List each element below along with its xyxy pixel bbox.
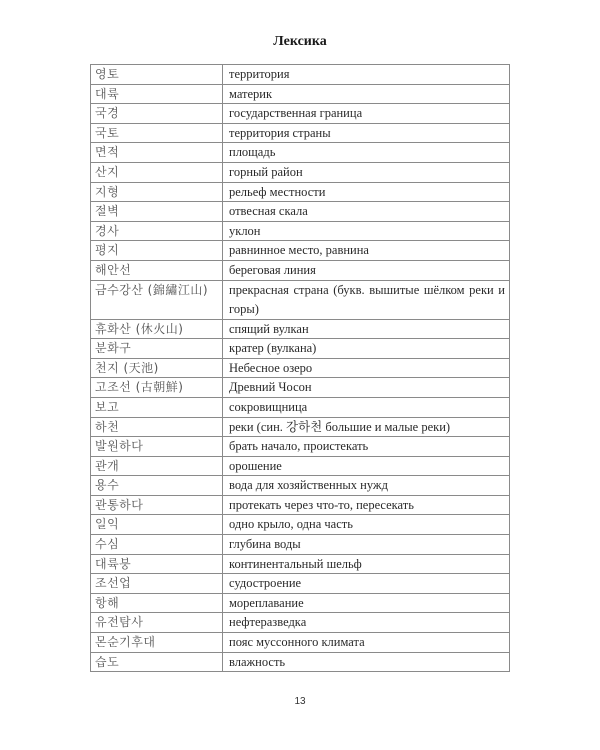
russian-translation: спящий вулкан bbox=[223, 319, 510, 339]
korean-term: 습도 bbox=[91, 652, 223, 672]
russian-translation: материк bbox=[223, 84, 510, 104]
korean-term: 대륙 bbox=[91, 84, 223, 104]
vocabulary-table: 영토территория 대륙материк 국경государственная… bbox=[90, 64, 510, 672]
table-row: 일익одно крыло, одна часть bbox=[91, 515, 510, 535]
russian-translation: Небесное озеро bbox=[223, 358, 510, 378]
korean-term: 면적 bbox=[91, 143, 223, 163]
russian-translation: отвесная скала bbox=[223, 202, 510, 222]
korean-term: 국경 bbox=[91, 104, 223, 124]
russian-translation: сокровищница bbox=[223, 397, 510, 417]
korean-term: 평지 bbox=[91, 241, 223, 261]
korean-term: 천지 (天池) bbox=[91, 358, 223, 378]
korean-term: 항해 bbox=[91, 593, 223, 613]
russian-translation: территория страны bbox=[223, 123, 510, 143]
russian-translation: глубина воды bbox=[223, 535, 510, 555]
table-row: 대륙материк bbox=[91, 84, 510, 104]
russian-translation: Древний Чосон bbox=[223, 378, 510, 398]
russian-translation: влажность bbox=[223, 652, 510, 672]
table-row: 해안선береговая линия bbox=[91, 260, 510, 280]
korean-term: 휴화산 (休火山) bbox=[91, 319, 223, 339]
table-row: 면적площадь bbox=[91, 143, 510, 163]
table-row: 보고сокровищница bbox=[91, 397, 510, 417]
russian-translation: континентальный шельф bbox=[223, 554, 510, 574]
table-row: 하천реки (син. 강하천 большие и малые реки) bbox=[91, 417, 510, 437]
table-row: 천지 (天池)Небесное озеро bbox=[91, 358, 510, 378]
korean-term: 지형 bbox=[91, 182, 223, 202]
table-row: 용수вода для хозяйственных нужд bbox=[91, 476, 510, 496]
table-row: 대륙붕континентальный шельф bbox=[91, 554, 510, 574]
russian-translation: брать начало, проистекать bbox=[223, 437, 510, 457]
russian-translation: прекрасная страна (букв. вышитые шёлком … bbox=[223, 280, 510, 319]
table-row: 유전탐사нефтеразведка bbox=[91, 613, 510, 633]
korean-term: 분화구 bbox=[91, 339, 223, 359]
table-row: 절벽отвесная скала bbox=[91, 202, 510, 222]
korean-term: 일익 bbox=[91, 515, 223, 535]
russian-translation: реки (син. 강하천 большие и малые реки) bbox=[223, 417, 510, 437]
russian-translation: береговая линия bbox=[223, 260, 510, 280]
table-row: 발원하다брать начало, проистекать bbox=[91, 437, 510, 457]
table-row: 평지равнинное место, равнина bbox=[91, 241, 510, 261]
korean-term: 산지 bbox=[91, 162, 223, 182]
korean-term: 보고 bbox=[91, 397, 223, 417]
korean-term: 대륙붕 bbox=[91, 554, 223, 574]
page-number: 13 bbox=[0, 696, 600, 707]
korean-term: 발원하다 bbox=[91, 437, 223, 457]
russian-translation: вода для хозяйственных нужд bbox=[223, 476, 510, 496]
russian-translation: рельеф местности bbox=[223, 182, 510, 202]
russian-translation: судостроение bbox=[223, 574, 510, 594]
table-row: 국토территория страны bbox=[91, 123, 510, 143]
korean-term: 영토 bbox=[91, 65, 223, 85]
table-row: 몬순기후대пояс муссонного климата bbox=[91, 633, 510, 653]
table-row: 습도влажность bbox=[91, 652, 510, 672]
table-row: 항해мореплавание bbox=[91, 593, 510, 613]
table-row: 경사уклон bbox=[91, 221, 510, 241]
korean-term: 용수 bbox=[91, 476, 223, 496]
korean-term: 경사 bbox=[91, 221, 223, 241]
russian-translation: орошение bbox=[223, 456, 510, 476]
russian-translation: уклон bbox=[223, 221, 510, 241]
korean-term: 고조선 (古朝鮮) bbox=[91, 378, 223, 398]
korean-term: 유전탐사 bbox=[91, 613, 223, 633]
russian-translation: горный район bbox=[223, 162, 510, 182]
korean-term: 조선업 bbox=[91, 574, 223, 594]
table-row: 지형рельеф местности bbox=[91, 182, 510, 202]
table-row: 관개орошение bbox=[91, 456, 510, 476]
korean-term: 하천 bbox=[91, 417, 223, 437]
korean-term: 해안선 bbox=[91, 260, 223, 280]
russian-translation: кратер (вулкана) bbox=[223, 339, 510, 359]
russian-translation: государственная граница bbox=[223, 104, 510, 124]
table-row: 조선업судостроение bbox=[91, 574, 510, 594]
korean-term: 몬순기후대 bbox=[91, 633, 223, 653]
table-row: 관통하다протекать через что-то, пересекать bbox=[91, 495, 510, 515]
table-row: 휴화산 (休火山)спящий вулкан bbox=[91, 319, 510, 339]
table-row: 수심глубина воды bbox=[91, 535, 510, 555]
table-row: 분화구кратер (вулкана) bbox=[91, 339, 510, 359]
korean-term: 관통하다 bbox=[91, 495, 223, 515]
korean-term: 국토 bbox=[91, 123, 223, 143]
table-row: 고조선 (古朝鮮)Древний Чосон bbox=[91, 378, 510, 398]
korean-term: 금수강산 (錦繡江山) bbox=[91, 280, 223, 319]
korean-term: 관개 bbox=[91, 456, 223, 476]
korean-term: 수심 bbox=[91, 535, 223, 555]
table-row: 국경государственная граница bbox=[91, 104, 510, 124]
russian-translation: протекать через что-то, пересекать bbox=[223, 495, 510, 515]
russian-translation: нефтеразведка bbox=[223, 613, 510, 633]
russian-translation: равнинное место, равнина bbox=[223, 241, 510, 261]
russian-translation: пояс муссонного климата bbox=[223, 633, 510, 653]
russian-translation: площадь bbox=[223, 143, 510, 163]
russian-translation: мореплавание bbox=[223, 593, 510, 613]
table-row: 산지горный район bbox=[91, 162, 510, 182]
table-row: 금수강산 (錦繡江山)прекрасная страна (букв. выши… bbox=[91, 280, 510, 319]
russian-translation: территория bbox=[223, 65, 510, 85]
table-row: 영토территория bbox=[91, 65, 510, 85]
russian-translation: одно крыло, одна часть bbox=[223, 515, 510, 535]
page-title: Лексика bbox=[0, 34, 600, 50]
korean-term: 절벽 bbox=[91, 202, 223, 222]
